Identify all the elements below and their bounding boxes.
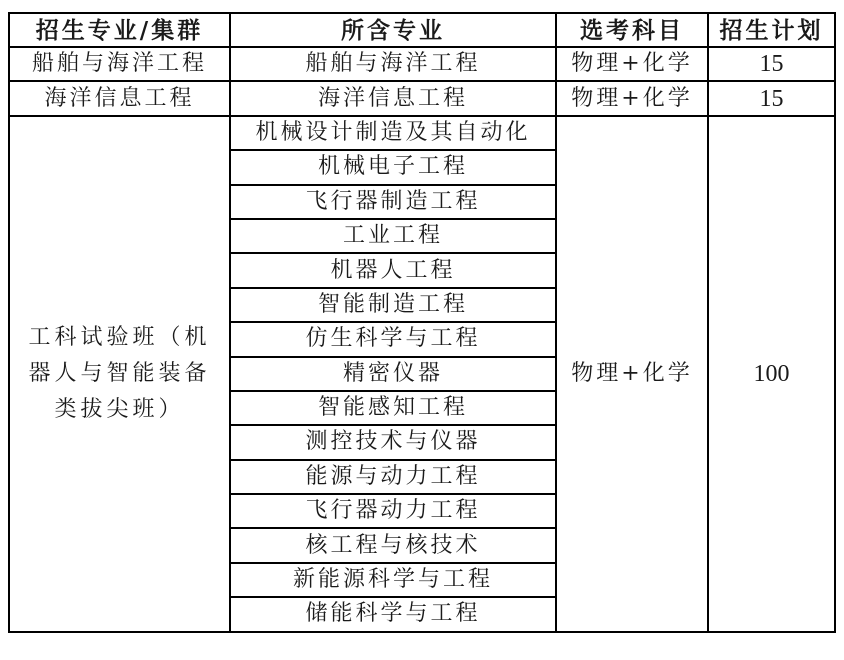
major-cell: 智能制造工程 <box>230 288 556 322</box>
subjects-cell: 物理+化学 <box>556 81 708 115</box>
major-cell: 能源与动力工程 <box>230 460 556 494</box>
major-cell: 船舶与海洋工程 <box>230 47 556 81</box>
major-cell: 机械电子工程 <box>230 150 556 184</box>
major-cell: 仿生科学与工程 <box>230 322 556 356</box>
table-row: 工科试验班（机器人与智能装备类拔尖班） 机械设计制造及其自动化 物理+化学 10… <box>9 116 835 150</box>
major-cell: 新能源科学与工程 <box>230 563 556 597</box>
major-cell: 精密仪器 <box>230 357 556 391</box>
header-group: 招生专业/集群 <box>9 13 230 47</box>
table-row: 海洋信息工程 海洋信息工程 物理+化学 15 <box>9 81 835 115</box>
plan-cell: 15 <box>708 47 835 81</box>
table-row: 船舶与海洋工程 船舶与海洋工程 物理+化学 15 <box>9 47 835 81</box>
header-majors: 所含专业 <box>230 13 556 47</box>
group-cell: 船舶与海洋工程 <box>9 47 230 81</box>
header-subjects: 选考科目 <box>556 13 708 47</box>
subjects-cell: 物理+化学 <box>556 47 708 81</box>
major-cell: 飞行器动力工程 <box>230 494 556 528</box>
major-cell: 工业工程 <box>230 219 556 253</box>
major-cell: 核工程与核技术 <box>230 528 556 562</box>
group-cell: 工科试验班（机器人与智能装备类拔尖班） <box>9 116 230 632</box>
major-cell: 机械设计制造及其自动化 <box>230 116 556 150</box>
major-cell: 智能感知工程 <box>230 391 556 425</box>
header-row: 招生专业/集群 所含专业 选考科目 招生计划 <box>9 13 835 47</box>
major-cell: 机器人工程 <box>230 253 556 287</box>
plan-cell: 15 <box>708 81 835 115</box>
group-cell: 海洋信息工程 <box>9 81 230 115</box>
plan-cell: 100 <box>708 116 835 632</box>
enrollment-plan-table: 招生专业/集群 所含专业 选考科目 招生计划 船舶与海洋工程 船舶与海洋工程 物… <box>8 12 836 633</box>
header-plan: 招生计划 <box>708 13 835 47</box>
major-cell: 飞行器制造工程 <box>230 185 556 219</box>
major-cell: 测控技术与仪器 <box>230 425 556 459</box>
major-cell: 海洋信息工程 <box>230 81 556 115</box>
major-cell: 储能科学与工程 <box>230 597 556 631</box>
subjects-cell: 物理+化学 <box>556 116 708 632</box>
